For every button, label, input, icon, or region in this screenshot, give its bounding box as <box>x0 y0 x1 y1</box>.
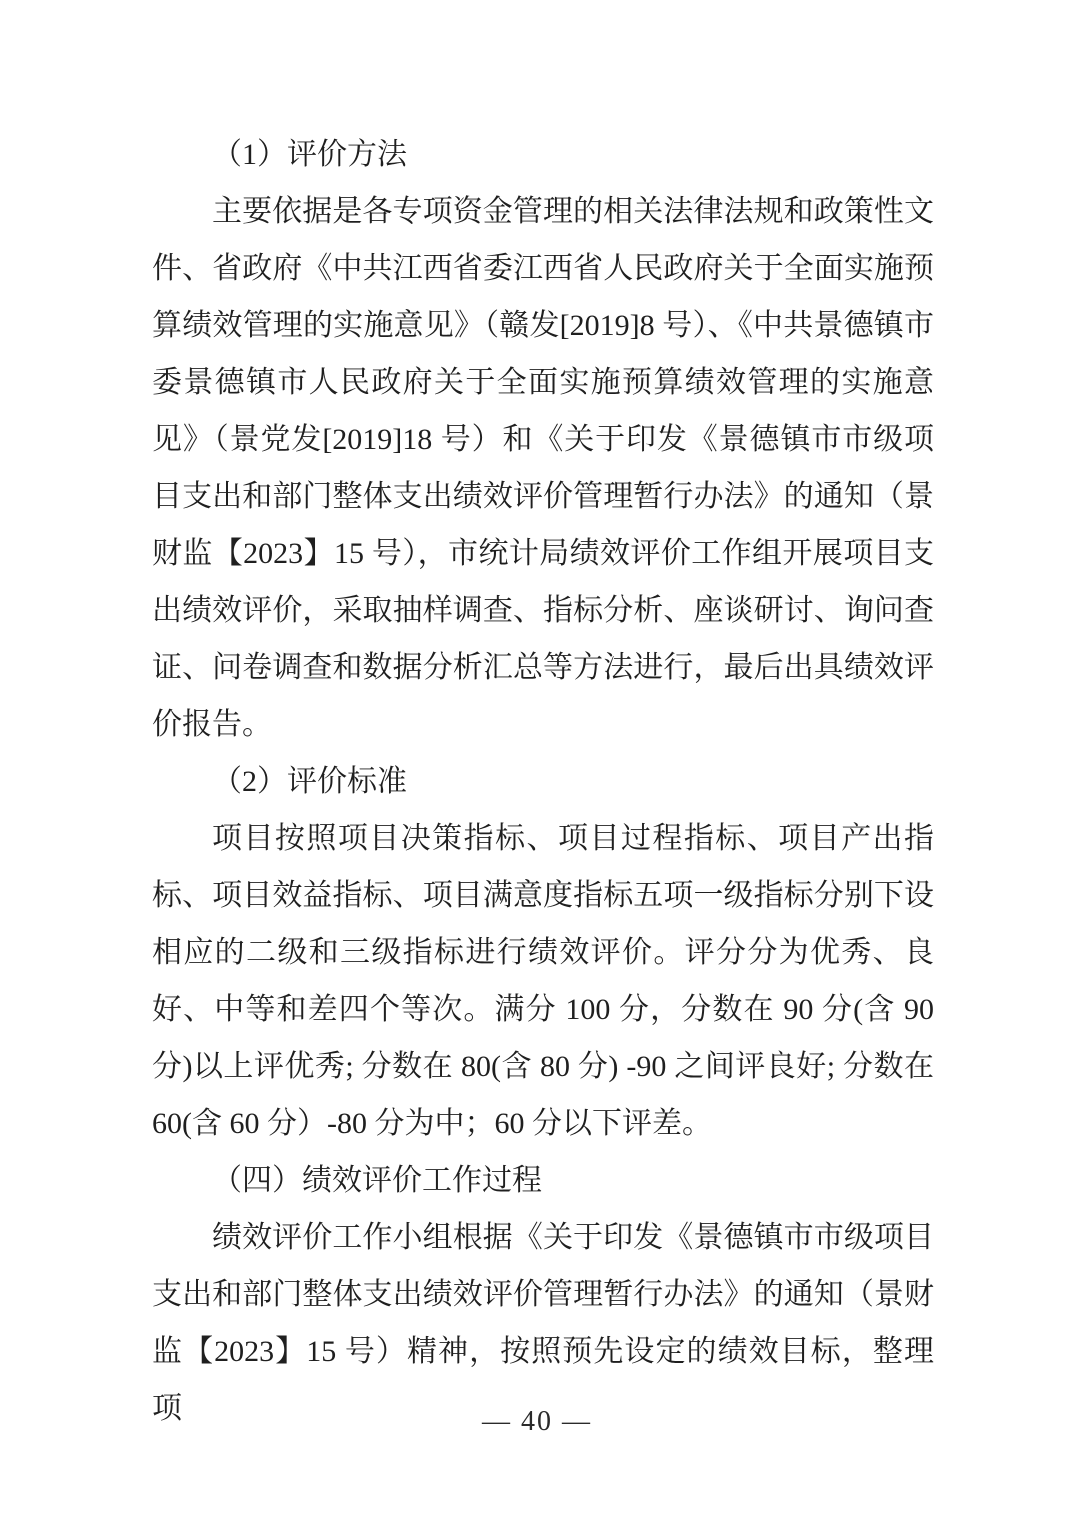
heading-eval-method: （1）评价方法 <box>152 126 934 183</box>
heading-eval-process: （四）绩效评价工作过程 <box>152 1152 934 1209</box>
para-eval-standard: 项目按照项目决策指标、项目过程指标、项目产出指标、项目效益指标、项目满意度指标五… <box>152 810 934 1152</box>
document-body: （1）评价方法 主要依据是各专项资金管理的相关法律法规和政策性文件、省政府《中共… <box>152 126 934 1437</box>
para-eval-method: 主要依据是各专项资金管理的相关法律法规和政策性文件、省政府《中共江西省委江西省人… <box>152 183 934 753</box>
page-number: — 40 — <box>0 1402 1074 1442</box>
document-page: （1）评价方法 主要依据是各专项资金管理的相关法律法规和政策性文件、省政府《中共… <box>0 0 1074 1520</box>
heading-eval-standard: （2）评价标准 <box>152 753 934 810</box>
